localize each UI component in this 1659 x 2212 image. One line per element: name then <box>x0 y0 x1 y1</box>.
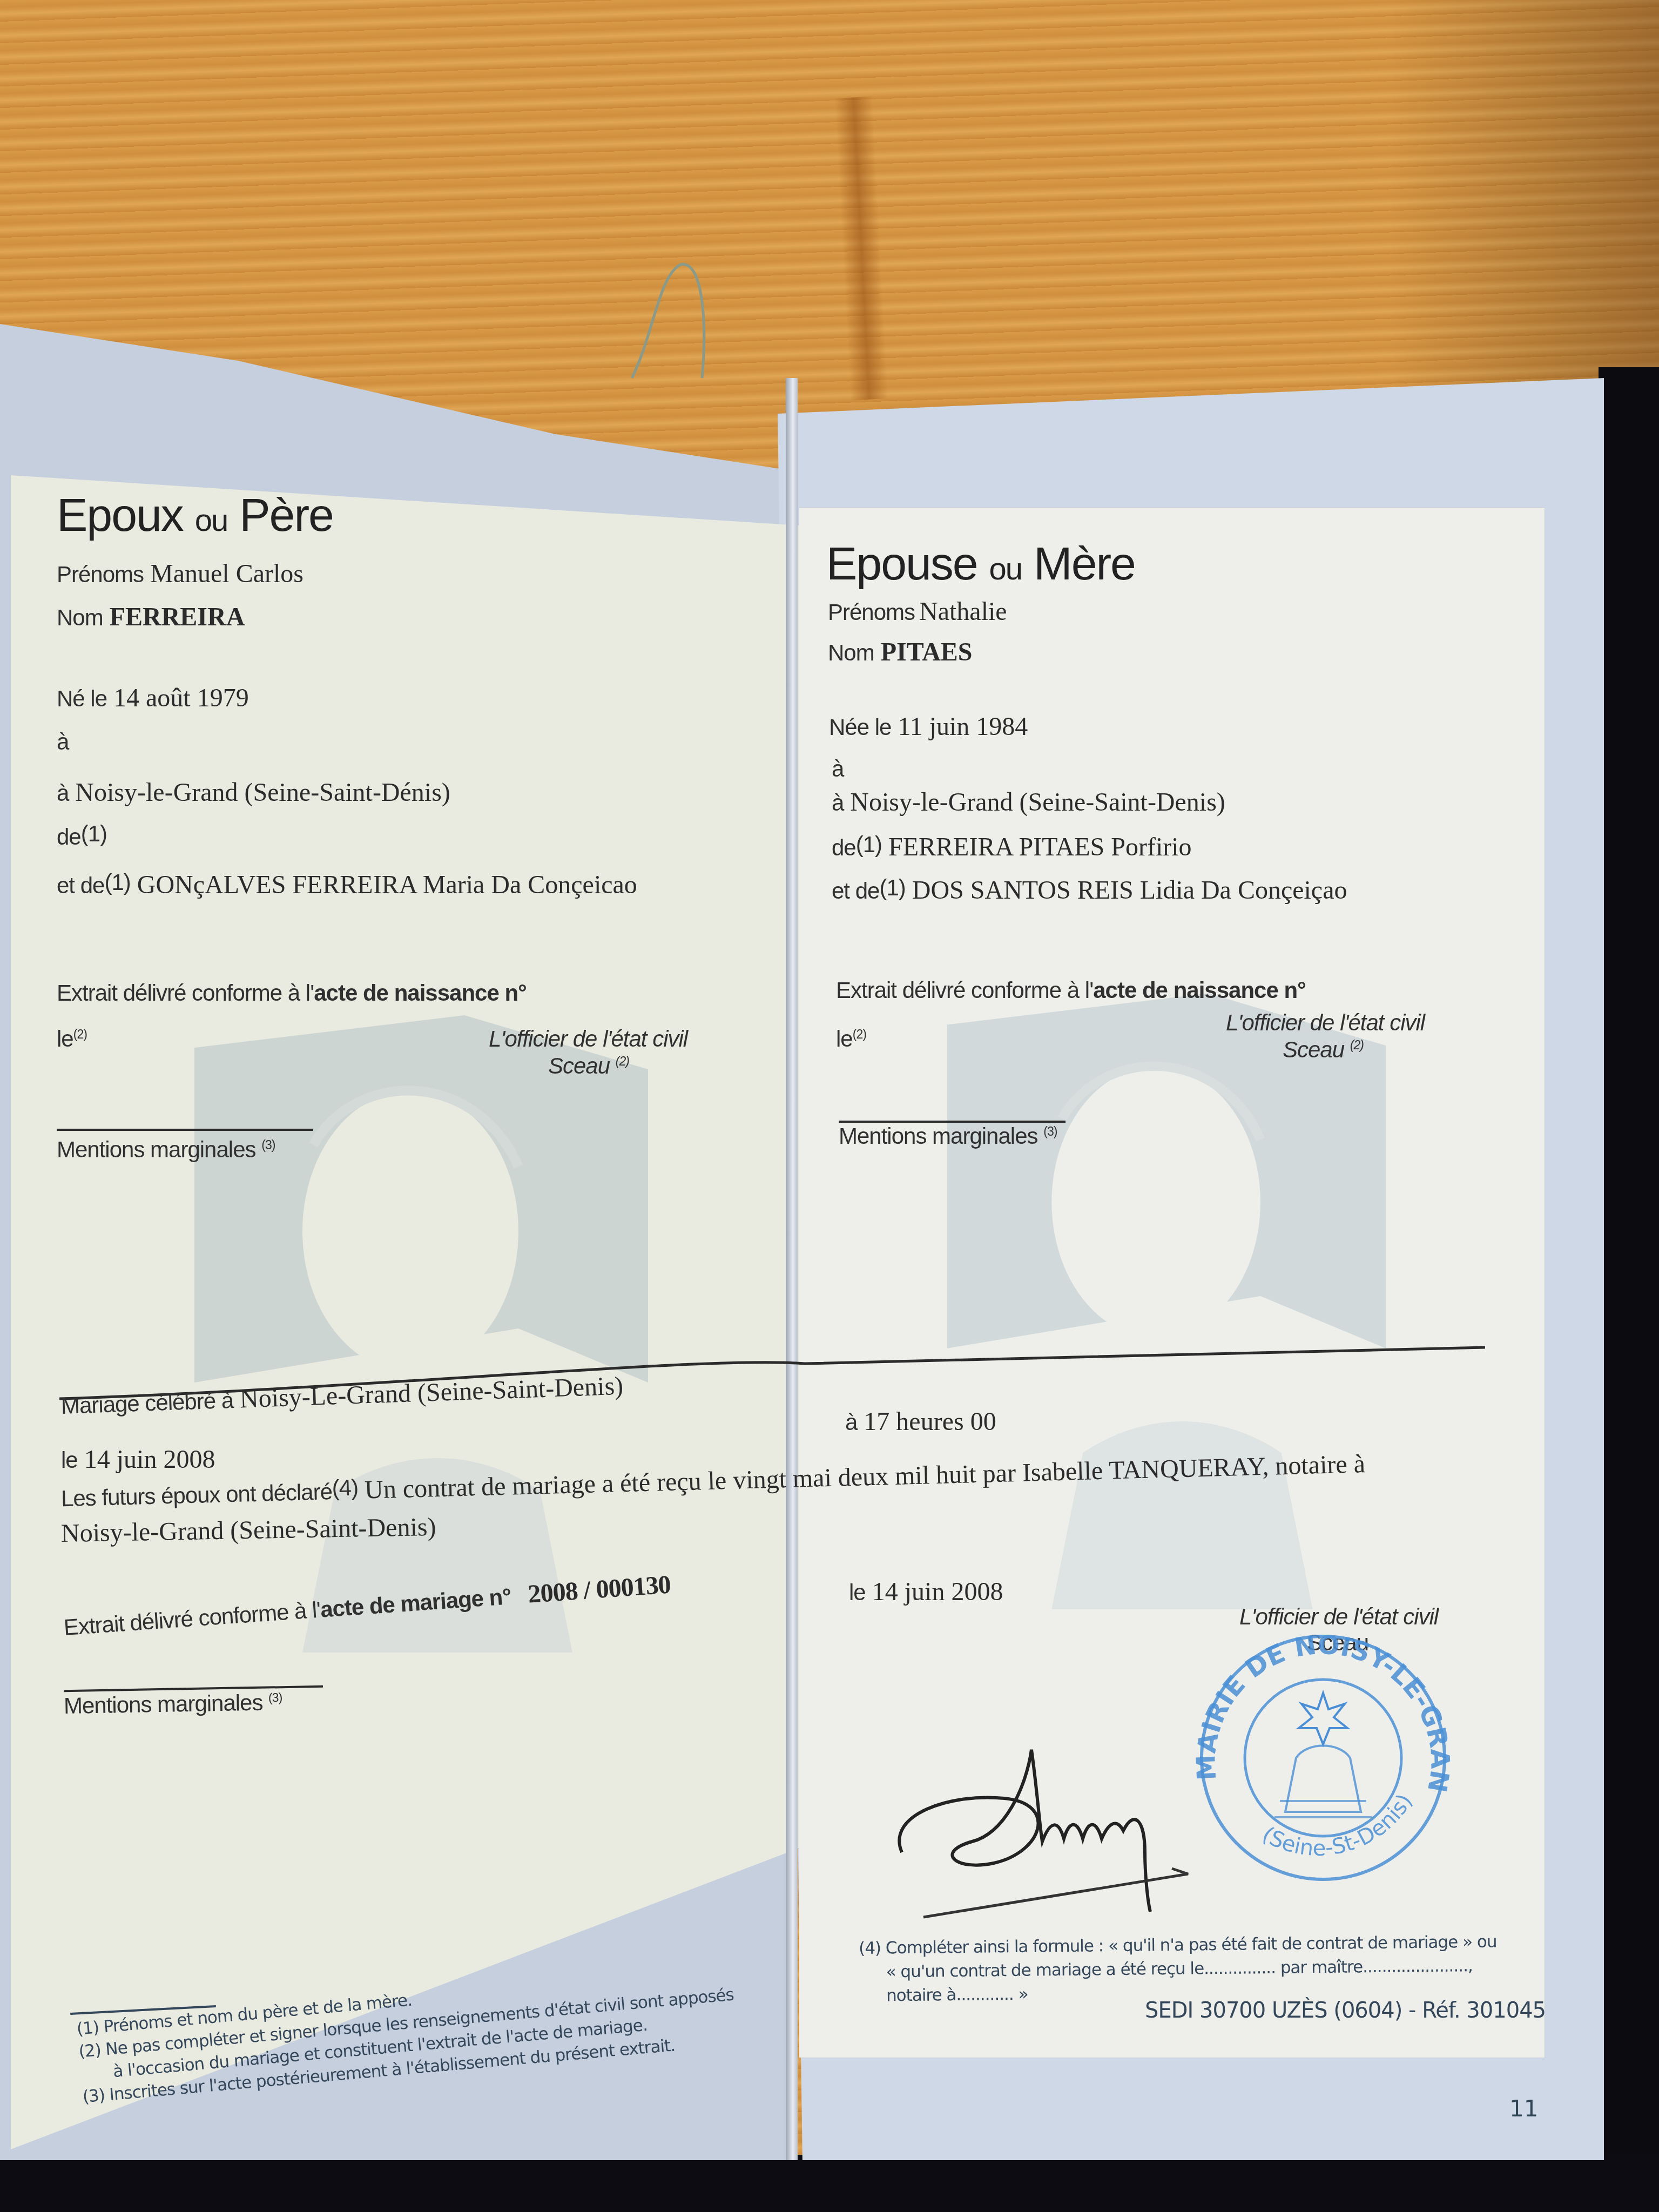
footnote-ref: (4) <box>332 1475 359 1501</box>
birth-place-value: Noisy-le-Grand (Seine-Saint-Dénis) <box>75 778 450 807</box>
spouse-section-title: Epouse ou Mère <box>826 537 1135 591</box>
seal-label: Sceau (2) <box>548 1053 629 1079</box>
footnote-ref: (3) <box>261 1138 275 1152</box>
birth-date-value: 14 août 1979 <box>113 684 249 712</box>
book-gutter <box>786 378 798 2160</box>
nom-value: FERREIRA <box>110 603 245 631</box>
a-label: à <box>57 729 69 755</box>
prenoms-row: Prénoms Manuel Carlos <box>57 559 304 589</box>
spouse-section-title: Epoux ou Père <box>57 489 333 542</box>
seal-text: Sceau <box>548 1053 610 1078</box>
title-epoux: Epoux <box>57 489 183 541</box>
prenoms-row: Prénoms Nathalie <box>828 597 1007 626</box>
nom-row: Nom PITAES <box>828 637 973 667</box>
officer-label: L'officier de l'état civil <box>489 1026 687 1052</box>
nee-le-label: Née le <box>829 714 891 740</box>
marginal-mentions: Mentions marginales (3) <box>839 1123 1057 1149</box>
divider <box>57 1129 313 1131</box>
footnote-ref: (2) <box>616 1054 629 1068</box>
mother-row: et de(1) GONçALVES FERREIRA Maria Da Con… <box>57 869 637 900</box>
nom-label: Nom <box>57 605 103 630</box>
footnote-4-cont: « qu'un contrat de mariage a été reçu le… <box>859 1956 1497 1982</box>
marriage-time-value: 17 heures 00 <box>864 1407 996 1436</box>
divider <box>839 1121 1065 1123</box>
birth-extract-line: Extrait délivré conforme à l'acte de nai… <box>57 980 527 1006</box>
extract-text: Extrait délivré conforme à l' <box>57 980 314 1006</box>
wood-grain-knot <box>834 97 888 401</box>
seal-text: Sceau <box>1283 1037 1344 1062</box>
extract-bold: acte de naissance n° <box>314 980 527 1006</box>
prenoms-label: Prénoms <box>57 562 144 587</box>
title-conj: ou <box>989 551 1022 586</box>
extract-bold: acte de naissance n° <box>1093 977 1306 1003</box>
footnote-ref: (2) <box>853 1027 866 1041</box>
marriage-date-value: 14 juin 2008 <box>84 1445 215 1474</box>
footnote-ref: (3) <box>1043 1124 1057 1138</box>
footnote-ref: (3) <box>268 1690 282 1704</box>
marianne-watermark-icon <box>194 1004 648 1653</box>
footnote-ref: (1) <box>879 875 905 900</box>
father-row: de(1) <box>57 821 107 850</box>
delivery-date-row: le 14 juin 2008 <box>849 1577 1003 1607</box>
le-label: le <box>836 1026 853 1051</box>
birth-date-row: Né le 14 août 1979 <box>57 683 249 713</box>
mentions-label: Mentions marginales <box>57 1137 256 1162</box>
father-row: de(1) FERREIRA PITAES Porfirio <box>832 832 1192 862</box>
a-label: à <box>832 756 844 782</box>
ne-le-label: Né le <box>57 686 107 711</box>
de-label: de <box>57 824 81 849</box>
mentions-label: Mentions marginales <box>839 1123 1038 1149</box>
birth-extract-line: Extrait délivré conforme à l'acte de nai… <box>836 977 1306 1003</box>
title-pere: Père <box>239 489 333 541</box>
extract-text: Extrait délivré conforme à l' <box>836 977 1093 1003</box>
seal-label: Sceau (2) <box>1283 1037 1364 1063</box>
birth-date-row: Née le 11 juin 1984 <box>829 712 1028 741</box>
birth-place-row: à Noisy-le-Grand (Seine-Saint-Denis) <box>832 787 1225 817</box>
footnotes-right: (4) Compléter ainsi la formule : « qu'il… <box>859 1932 1498 2006</box>
title-conj: ou <box>195 503 228 538</box>
nom-label: Nom <box>828 640 874 665</box>
et-de-label: et de <box>832 878 879 903</box>
prenoms-label: Prénoms <box>828 599 915 625</box>
marginal-mentions: Mentions marginales (3) <box>57 1137 275 1163</box>
nom-row: Nom FERREIRA <box>57 602 245 632</box>
booklet-cover-edge <box>1599 367 1659 2166</box>
signature-icon <box>864 1728 1274 1933</box>
le-row: le(2) <box>57 1026 87 1052</box>
de-label: de <box>832 835 856 860</box>
title-epouse: Epouse <box>826 538 977 590</box>
le-row: le(2) <box>836 1026 866 1052</box>
marianne-watermark-icon <box>945 983 1388 1609</box>
prenoms-value: Nathalie <box>919 597 1007 626</box>
father-value: FERREIRA PITAES Porfirio <box>888 833 1192 861</box>
bookmark-string-icon <box>621 254 761 383</box>
title-mere: Mère <box>1034 538 1135 590</box>
officer-label: L'officier de l'état civil <box>1226 1010 1425 1036</box>
footnote-ref: (1) <box>856 832 882 857</box>
le-label: le <box>61 1447 78 1473</box>
marriage-date-row: le 14 juin 2008 <box>61 1445 215 1474</box>
le-label: le <box>57 1026 73 1051</box>
booklet-cover-bottom <box>0 2155 1659 2212</box>
footnote-ref: (2) <box>73 1027 87 1041</box>
marriage-time-row: à 17 heures 00 <box>845 1407 996 1437</box>
mother-value: DOS SANTOS REIS Lidia Da Conçeiçao <box>912 876 1347 905</box>
publisher-reference: SEDI 30700 UZÈS (0604) - Réf. 301045 <box>1145 1998 1546 2023</box>
delivery-date-value: 14 juin 2008 <box>872 1577 1003 1606</box>
prenoms-value: Manuel Carlos <box>150 559 304 588</box>
marginal-mentions: Mentions marginales (3) <box>64 1689 282 1719</box>
mother-row: et de(1) DOS SANTOS REIS Lidia Da Conçei… <box>832 875 1347 905</box>
birth-date-value: 11 juin 1984 <box>898 712 1028 741</box>
mother-value: GONçALVES FERREIRA Maria Da Conçeicao <box>137 871 637 899</box>
declaration-label: Les futurs époux ont déclaré <box>60 1479 332 1511</box>
page-number: 11 <box>1509 2095 1538 2122</box>
footnote-ref: (2) <box>1350 1038 1364 1052</box>
mentions-label: Mentions marginales <box>64 1690 263 1718</box>
birth-place-value: Noisy-le-Grand (Seine-Saint-Denis) <box>850 788 1225 817</box>
marriage-place-label: Mariage célébré à <box>60 1387 234 1419</box>
birth-place-row: à Noisy-le-Grand (Seine-Saint-Dénis) <box>57 778 450 807</box>
a-label: à <box>845 1410 857 1435</box>
a-label: à <box>57 780 69 806</box>
nom-value: PITAES <box>881 638 973 666</box>
le-label: le <box>849 1580 866 1605</box>
et-de-label: et de <box>57 873 104 898</box>
footnote-ref: (1) <box>81 821 107 846</box>
footnote-ref: (1) <box>104 869 130 895</box>
a-label: à <box>832 790 844 815</box>
